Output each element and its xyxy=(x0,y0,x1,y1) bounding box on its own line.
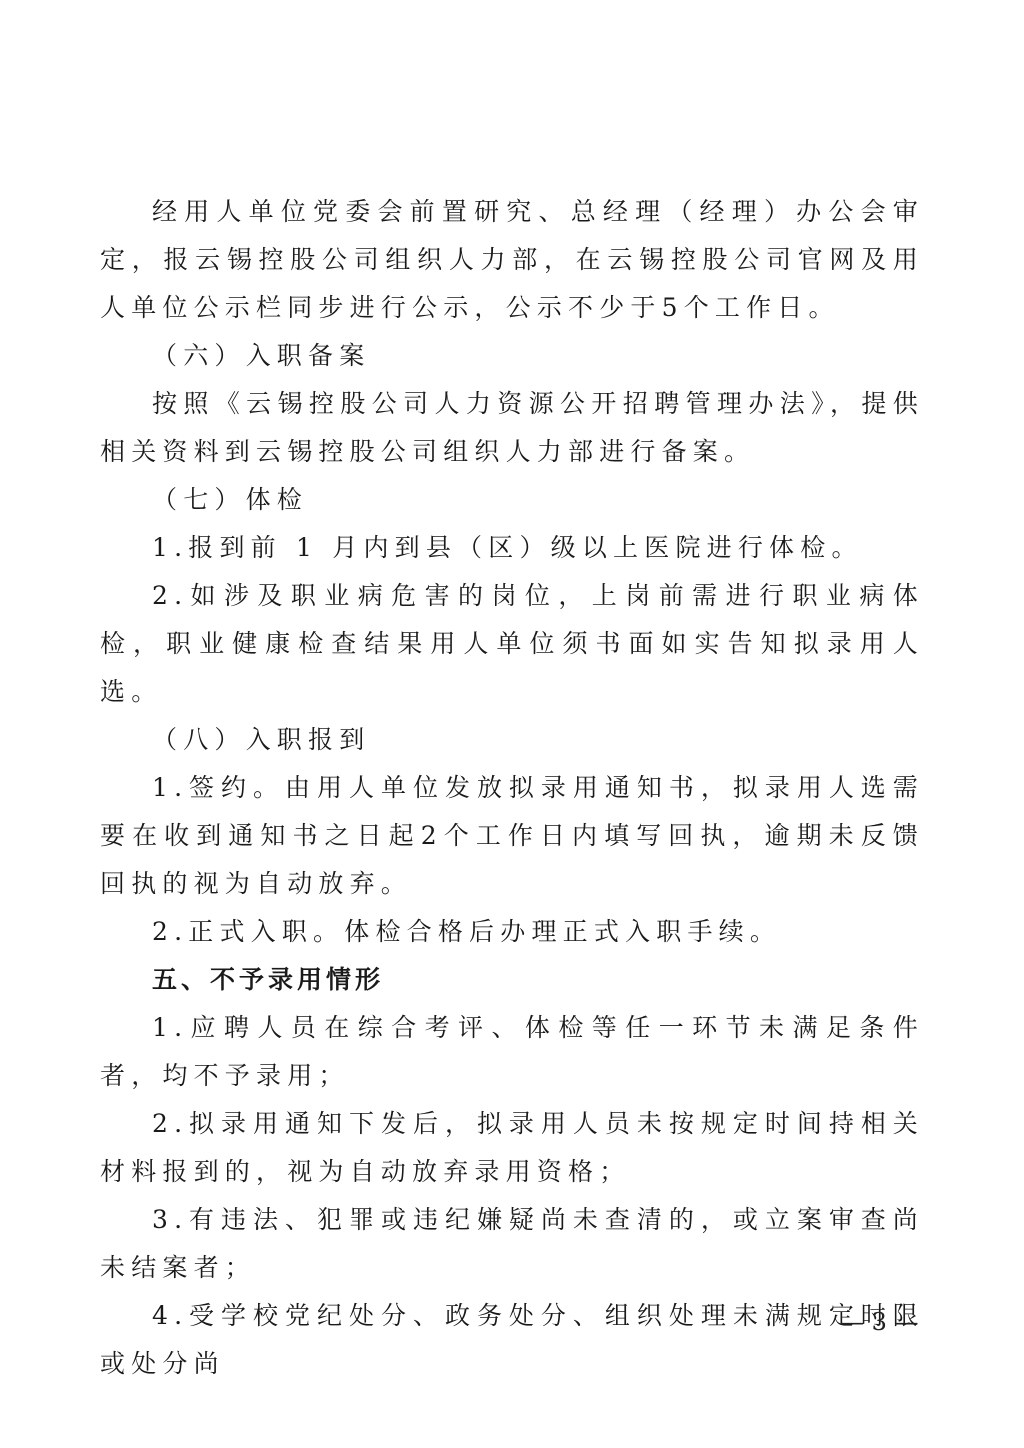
paragraph-not-hired-4: 4.受学校党纪处分、政务处分、组织处理未满规定时限或处分尚 xyxy=(100,1292,924,1388)
subheading-onboarding-report: （八）入职报到 xyxy=(100,716,924,764)
section-heading-not-hired: 五、不予录用情形 xyxy=(100,956,924,1004)
subheading-medical-exam: （七）体检 xyxy=(100,476,924,524)
paragraph-publicity: 经用人单位党委会前置研究、总经理（经理）办公会审定，报云锡控股公司组织人力部，在… xyxy=(100,188,924,332)
paragraph-not-hired-1: 1.应聘人员在综合考评、体检等任一环节未满足条件者，均不予录用； xyxy=(100,1004,924,1100)
paragraph-report-1: 1.签约。由用人单位发放拟录用通知书，拟录用人选需要在收到通知书之日起2个工作日… xyxy=(100,764,924,908)
paragraph-not-hired-2: 2.拟录用通知下发后，拟录用人员未按规定时间持相关材料报到的，视为自动放弃录用资… xyxy=(100,1100,924,1196)
paragraph-exam-2: 2.如涉及职业病危害的岗位，上岗前需进行职业病体检，职业健康检查结果用人单位须书… xyxy=(100,572,924,716)
paragraph-not-hired-3: 3.有违法、犯罪或违纪嫌疑尚未查清的，或立案审查尚未结案者； xyxy=(100,1196,924,1292)
document-page: 经用人单位党委会前置研究、总经理（经理）办公会审定，报云锡控股公司组织人力部，在… xyxy=(100,188,924,1388)
paragraph-report-2: 2.正式入职。体检合格后办理正式入职手续。 xyxy=(100,908,924,956)
paragraph-exam-1: 1.报到前 1 月内到县（区）级以上医院进行体检。 xyxy=(100,524,924,572)
page-number: — 3 — xyxy=(840,1308,919,1336)
paragraph-filing: 按照《云锡控股公司人力资源公开招聘管理办法》，提供相关资料到云锡控股公司组织人力… xyxy=(100,380,924,476)
subheading-onboarding-filing: （六）入职备案 xyxy=(100,332,924,380)
